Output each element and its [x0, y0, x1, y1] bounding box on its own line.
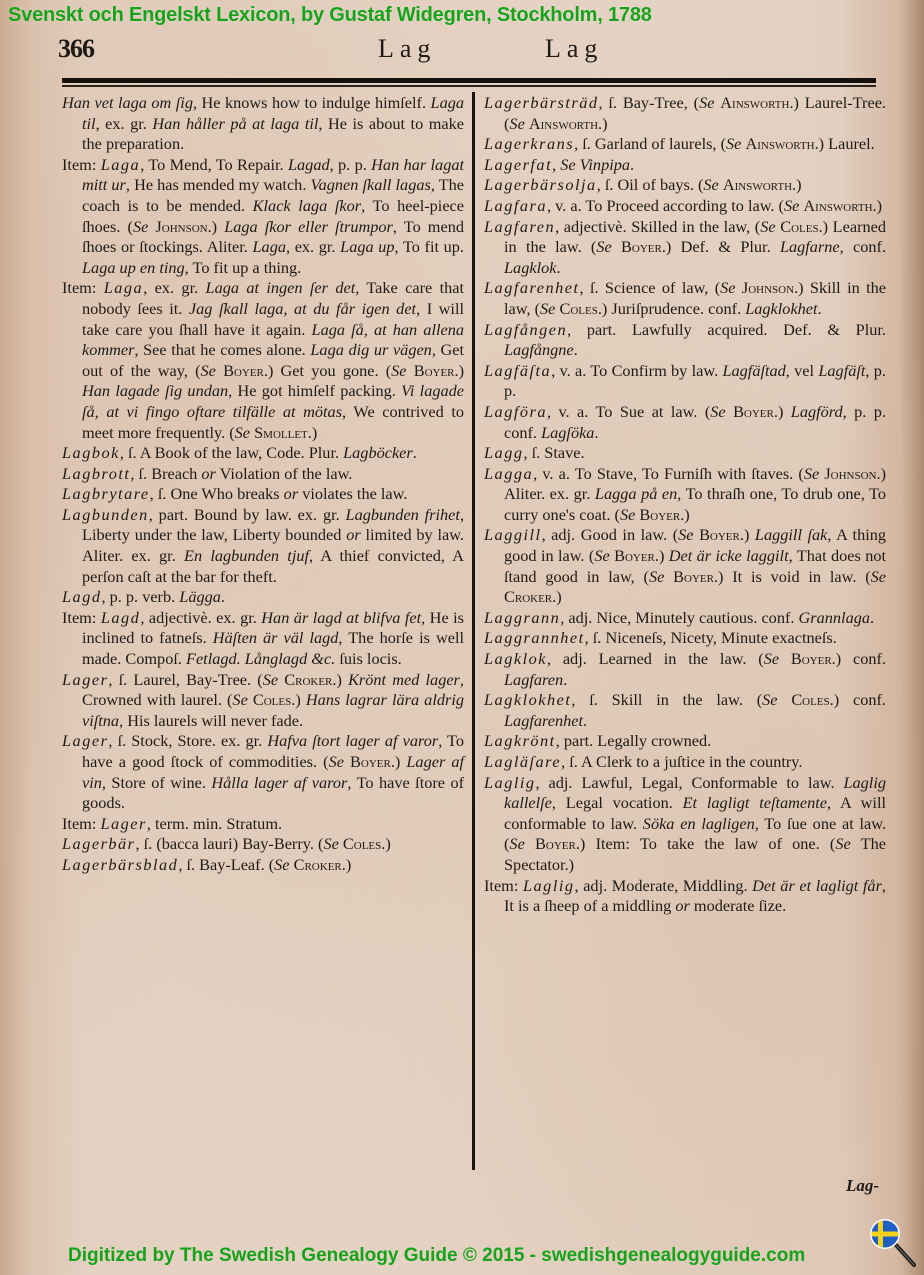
dictionary-entry: Lagläſare, ſ. A Clerk to a juſtice in th… — [484, 752, 886, 773]
left-column: Han vet laga om ſig, He knows how to ind… — [62, 93, 464, 876]
dictionary-entry: Lagerbärsolja, ſ. Oil of bays. (Se Ainsw… — [484, 175, 886, 196]
dictionary-entry: Lagerbärsblad, ſ. Bay-Leaf. (Se Croker.) — [62, 855, 464, 876]
column-divider — [472, 92, 475, 1170]
dictionary-entry: Lagerfat, Se Vinpipa. — [484, 155, 886, 176]
dictionary-entry: Item: Laga, To Mend, To Repair. Lagad, p… — [62, 155, 464, 279]
dictionary-entry: Lagga, v. a. To Stave, To Furniſh with ſ… — [484, 464, 886, 526]
dictionary-entry: Lagfaren, adjectivè. Skilled in the law,… — [484, 217, 886, 279]
dictionary-entry: Laggrann, adj. Nice, Minutely cautious. … — [484, 608, 886, 629]
dictionary-entry: Lagbok, ſ. A Book of the law, Code. Plur… — [62, 443, 464, 464]
dictionary-entry: Lagklok, adj. Learned in the law. (Se Bo… — [484, 649, 886, 690]
header-rule — [62, 78, 876, 88]
dictionary-entry: Lager, ſ. Laurel, Bay-Tree. (Se Croker.)… — [62, 670, 464, 732]
dictionary-entry: Laggrannhet, ſ. Niceneſs, Nicety, Minute… — [484, 628, 886, 649]
dictionary-entry: Lagfara, v. a. To Proceed according to l… — [484, 196, 886, 217]
header-rule-thick — [62, 78, 876, 83]
header-rule-thin — [62, 85, 876, 87]
magnifier-swedish-flag-icon — [868, 1217, 918, 1269]
catchword: Lag- — [846, 1176, 879, 1196]
dictionary-entry: Item: Laglig, adj. Moderate, Middling. D… — [484, 876, 886, 917]
page-number: 366 — [58, 34, 94, 64]
scanned-page: Svenskt och Engelskt Lexicon, by Gustaf … — [0, 0, 924, 1275]
dictionary-entry: Lagfarenhet, ſ. Science of law, (Se John… — [484, 278, 886, 319]
dictionary-entry: Lagd, p. p. verb. Lägga. — [62, 587, 464, 608]
dictionary-entry: Lagklokhet, ſ. Skill in the law. (Se Col… — [484, 690, 886, 731]
dictionary-entry: Lagerbärsträd, ſ. Bay-Tree, (Se Ainswort… — [484, 93, 886, 134]
dictionary-entry: Item: Laga, ex. gr. Laga at ingen ſer de… — [62, 278, 464, 443]
dictionary-entry: Item: Lagd, adjectivè. ex. gr. Han är la… — [62, 608, 464, 670]
dictionary-entry: Lagerkrans, ſ. Garland of laurels, (Se A… — [484, 134, 886, 155]
dictionary-entry: Lagföra, v. a. To Sue at law. (Se Boyer.… — [484, 402, 886, 443]
dictionary-entry: Item: Lager, term. min. Stratum. — [62, 814, 464, 835]
dictionary-entry: Lagg, ſ. Stave. — [484, 443, 886, 464]
dictionary-entry: Lagbrytare, ſ. One Who breaks or violate… — [62, 484, 464, 505]
dictionary-entry: Lagbrott, ſ. Breach or Violation of the … — [62, 464, 464, 485]
running-head: 366 Lag Lag — [0, 32, 924, 72]
dictionary-entry: Han vet laga om ſig, He knows how to ind… — [62, 93, 464, 155]
dictionary-entry: Lager, ſ. Stock, Store. ex. gr. Hafva ſt… — [62, 731, 464, 813]
dictionary-entry: Lagfången, part. Lawfully acquired. Def.… — [484, 320, 886, 361]
dictionary-entry: Lagerbär, ſ. (bacca lauri) Bay-Berry. (S… — [62, 834, 464, 855]
dictionary-entry: Lagkrönt, part. Legally crowned. — [484, 731, 886, 752]
guide-word-left: Lag — [378, 34, 436, 64]
guide-word-right: Lag — [545, 34, 603, 64]
book-title-watermark: Svenskt och Engelskt Lexicon, by Gustaf … — [8, 4, 652, 27]
digitizer-credit: Digitized by The Swedish Genealogy Guide… — [68, 1245, 805, 1267]
dictionary-entry: Lagfäſta, v. a. To Confirm by law. Lagfä… — [484, 361, 886, 402]
dictionary-entry: Lagbunden, part. Bound by law. ex. gr. L… — [62, 505, 464, 587]
dictionary-entry: Laggill, adj. Good in law. (Se Boyer.) L… — [484, 525, 886, 607]
dictionary-entry: Laglig, adj. Lawful, Legal, Conformable … — [484, 773, 886, 876]
right-column: Lagerbärsträd, ſ. Bay-Tree, (Se Ainswort… — [484, 93, 886, 917]
